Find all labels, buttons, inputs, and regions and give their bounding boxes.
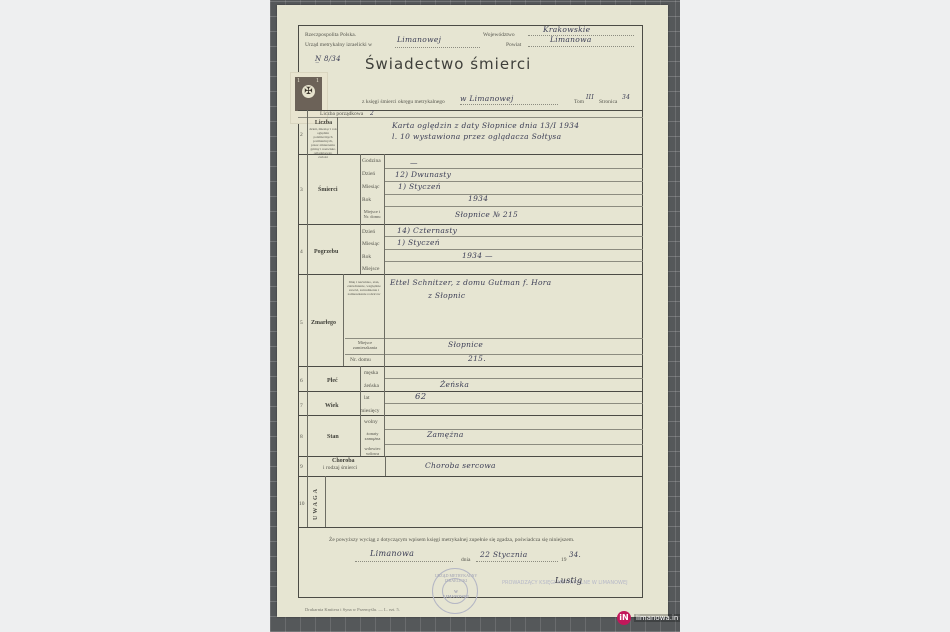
country-label: Rzeczpospolita Polska. (305, 32, 356, 38)
row5-field-house: Nr. domu (350, 357, 371, 363)
row9-line (298, 476, 643, 477)
row5-line (298, 366, 643, 367)
row8-number: 8 (300, 434, 303, 440)
row8-field-single: wolny (364, 419, 378, 425)
row3-line (298, 224, 643, 225)
county-value: Limanowa (550, 35, 592, 44)
date-underline (476, 561, 558, 562)
num-column-line (307, 110, 308, 527)
row7-label: Wiek (325, 403, 339, 409)
stamp-frame: 1 1 ✠ (295, 77, 322, 111)
row3-month-value: 1) Styczeń (398, 182, 441, 191)
row5-label: Zmarłego (311, 320, 336, 326)
row3-hour-value: — (410, 158, 418, 167)
row4-day-value: 14) Czternasty (397, 226, 457, 235)
row5-name-line1: Ettel Schnitzer, z domu Gutman f. Hora (390, 278, 551, 287)
page-title: Świadectwo śmierci (365, 55, 531, 73)
row7-years-value: 62 (415, 392, 426, 402)
row4-year-value: 1934 — (462, 251, 493, 260)
book-label: z księgi śmierci okręgu metrykalnego (362, 99, 445, 105)
subline (384, 429, 643, 430)
book-value: w Limanowej (460, 94, 514, 103)
row3-number: 3 (300, 187, 303, 193)
row2-sublabel: dzień, miesiąc i rok oględzin pośmiertny… (309, 127, 337, 159)
row10-number: 10 (299, 501, 305, 507)
row2-number: 2 (300, 132, 303, 138)
row10-label: UWAGA (313, 487, 319, 520)
volume-label: Tom (574, 99, 584, 105)
row7-number: 7 (300, 403, 303, 409)
row7-field-years: lat (364, 395, 370, 401)
row4-field-day: Dzień (362, 229, 375, 235)
date-value: 22 Stycznia (480, 550, 527, 559)
county-underline (528, 46, 634, 47)
page-label: Stronica (599, 99, 617, 105)
row7-line (298, 415, 643, 416)
subline (345, 354, 643, 355)
page-value: 34 (622, 94, 630, 101)
subline (384, 206, 643, 207)
row8-field-widowed: wdowiec wdowa (362, 446, 383, 456)
row3-year-value: 1934 (468, 194, 488, 203)
row3-field-year: Rok (362, 197, 371, 203)
field-column-line (384, 154, 385, 456)
row5-name-line2: z Słopnic (428, 291, 465, 300)
row3-field-hour: Godzina (362, 158, 381, 164)
row3-label: Śmierci (318, 187, 338, 193)
row4-field-month: Miesiąc (362, 241, 379, 247)
voivodeship-label: Województwo (483, 32, 515, 38)
year-prefix: 19 (561, 557, 567, 563)
row9-sublabel: i rodzaj śmierci (323, 465, 357, 471)
row2-column-line (337, 117, 338, 154)
subline (384, 378, 643, 379)
zmarlego-column-line (343, 274, 344, 366)
row2-value-line1: Karta oględzin z daty Słopnice dnia 13/I… (392, 121, 579, 130)
subline (384, 444, 643, 445)
row5-residence-value: Słopnice (448, 340, 483, 349)
row5-number: 5 (300, 320, 303, 326)
subline (384, 249, 643, 250)
logo-badge-icon: iN (617, 611, 631, 625)
row4-label: Pogrzebu (314, 249, 338, 255)
row6-female-value: Żeńska (440, 380, 469, 389)
year-value: 34. (569, 551, 581, 559)
row6-number: 6 (300, 378, 303, 384)
logo-text: limanowa.in (634, 614, 680, 622)
row2-label: Liczba (310, 120, 337, 126)
row8-field-married: żonaty zamężna (362, 431, 383, 441)
row8-line (298, 456, 643, 457)
date-label: dnia (461, 557, 470, 563)
row4-field-place: Miejsce (362, 266, 379, 272)
row6-line (298, 391, 643, 392)
row6-label: Płeć (327, 378, 338, 384)
row2-value-line2: l. 10 wystawiona przez oglądacza Sołtysa (392, 132, 561, 141)
row4-month-value: 1) Styczeń (397, 238, 440, 247)
subline (384, 194, 643, 195)
printer-footer: Drukarnia Kmitera i Syna w Przemyślu. — … (305, 607, 400, 612)
office-label: Urząd metrykalny izraelicki w (305, 42, 372, 48)
row3-place-value: Słopnice № 215 (455, 210, 518, 219)
office-value: Limanowej (397, 35, 441, 44)
voivodeship-value: Krakowskie (543, 25, 590, 34)
row8-married-value: Zamężna (427, 430, 464, 439)
stamp-denomination-left: 1 (297, 78, 300, 84)
volume-value: III (586, 94, 594, 101)
row4-field-year: Rok (362, 254, 371, 260)
book-underline (460, 104, 558, 105)
office-seal: URZĄD METRYKALNY IZRAELICKI W LIMANOWEJ (432, 568, 478, 614)
subline (384, 236, 643, 237)
certificate-number: N̲ 8/34 (315, 55, 341, 63)
row8-label: Stan (327, 434, 339, 440)
row5-house-value: 215. (468, 354, 486, 363)
row3-field-place: Miejsce i Nr. domu (361, 209, 383, 219)
office-underline (395, 47, 480, 48)
row3-day-value: 12) Dwunasty (395, 170, 451, 179)
county-label: Powiat (506, 42, 521, 48)
certification-text: Że powyższy wyciąg z dotyczącym wpisem k… (329, 537, 574, 543)
row3-field-month: Miesiąc (362, 184, 379, 190)
stamp-denomination-right: 1 (316, 78, 319, 84)
row2-line (298, 154, 643, 155)
subline (345, 338, 643, 339)
signature: Lustig (555, 576, 582, 585)
eagle-icon: ✠ (302, 85, 315, 98)
seal-center: W LIMANOWEJ (443, 589, 469, 599)
place-value: Limanowa (370, 549, 414, 558)
seal-text: URZĄD METRYKALNY IZRAELICKI (433, 573, 479, 583)
row4-number: 4 (300, 249, 303, 255)
row10-column-line (325, 476, 326, 527)
row4-sub-line (360, 224, 361, 274)
subline (384, 168, 643, 169)
row9-column-line (385, 456, 386, 476)
row6-field-male: męska (364, 370, 378, 376)
row10-line (298, 527, 643, 528)
row1-value: 2 (370, 110, 374, 117)
row7-field-months: miesięcy (360, 408, 380, 414)
row3-field-day: Dzień (362, 171, 375, 177)
row1-line (298, 117, 643, 118)
subline (384, 261, 643, 262)
subline (384, 403, 643, 404)
row6-field-female: żeńska (364, 383, 379, 389)
row5-field-name: Imię i nazwisko, stan, zatrudnienie, wzg… (345, 280, 383, 296)
watermark-logo: iN limanowa.in (617, 611, 680, 625)
row1-label: Liczba porządkowa (320, 111, 363, 117)
row5-field-residence: Miejsce zamieszkania (346, 340, 384, 350)
place-underline (355, 561, 453, 562)
row9-number: 9 (300, 464, 303, 470)
row9-label: Choroba (332, 458, 355, 464)
row4-line (298, 274, 643, 275)
row9-value: Choroba sercowa (425, 461, 496, 470)
